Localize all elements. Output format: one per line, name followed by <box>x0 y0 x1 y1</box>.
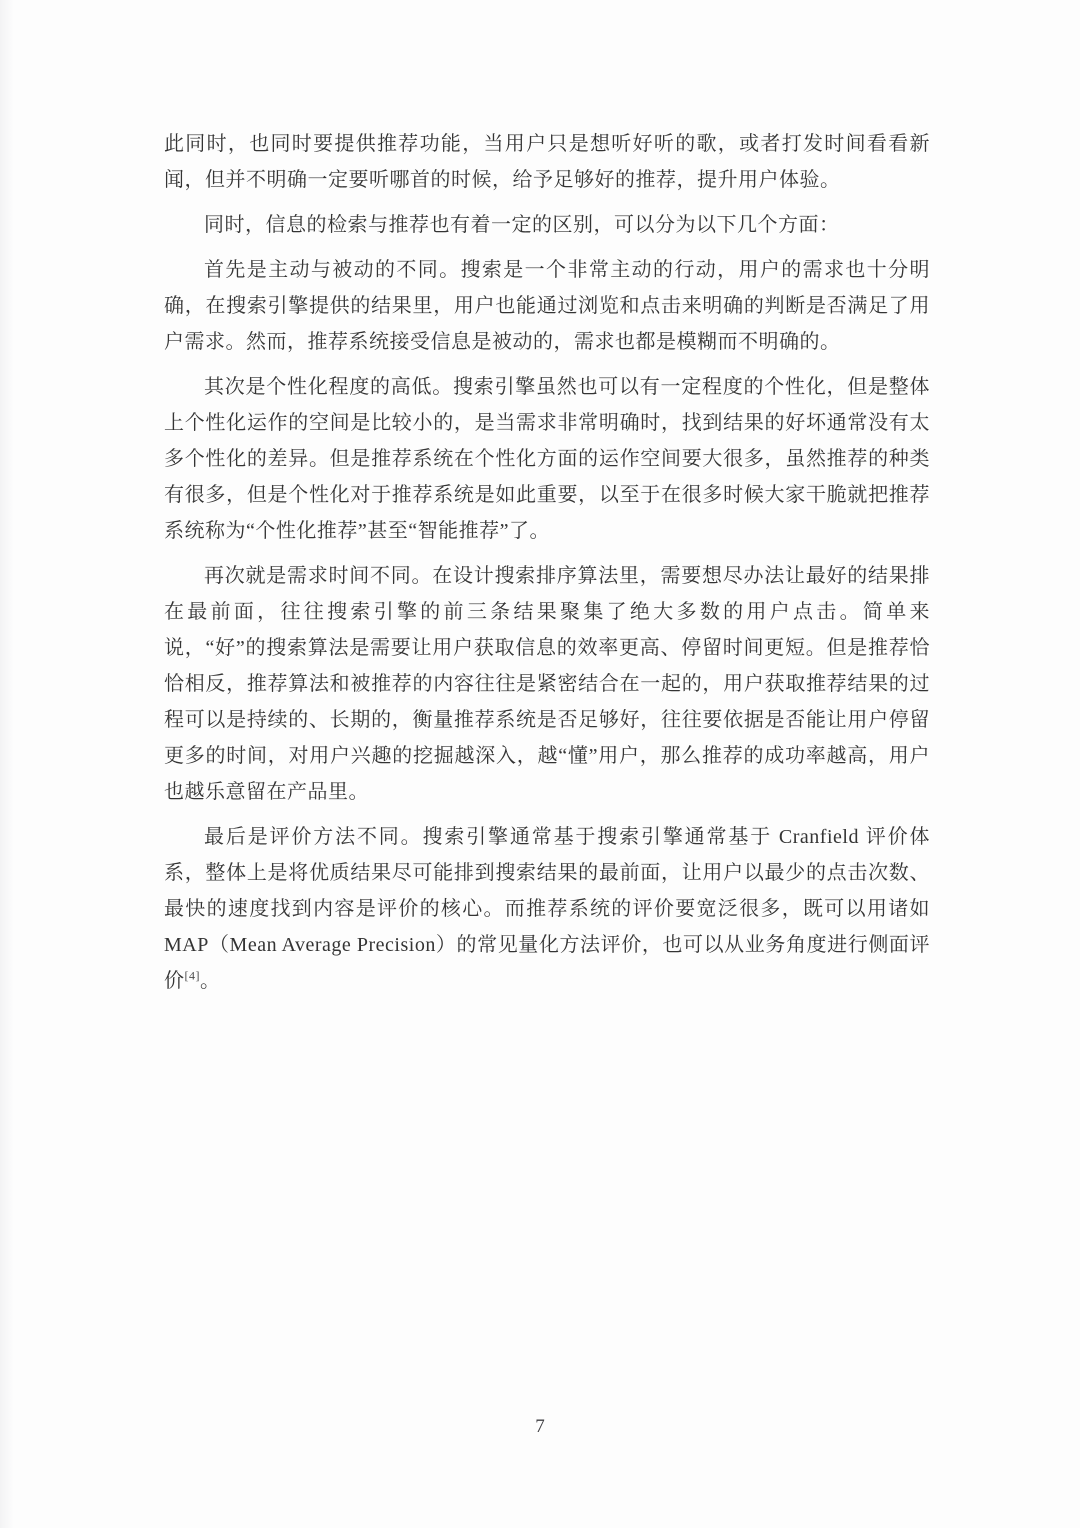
paragraph-demand-time: 再次就是需求时间不同。在设计搜索排序算法里，需要想尽办法让最好的结果排在最前面，… <box>164 558 930 810</box>
citation-superscript: [4] <box>185 968 201 982</box>
paragraph-evaluation-text: 最后是评价方法不同。搜索引擎通常基于搜索引擎通常基于 Cranfield 评价体… <box>164 826 930 992</box>
paragraph-continuation: 此同时，也同时要提供推荐功能，当用户只是想听好听的歌，或者打发时间看看新闻，但并… <box>164 126 930 198</box>
page-number: 7 <box>0 1416 1080 1438</box>
scan-edge-shadow <box>0 0 14 1528</box>
paragraph-evaluation-tail: 。 <box>200 970 221 992</box>
paragraph-active-vs-passive: 首先是主动与被动的不同。搜索是一个非常主动的行动，用户的需求也十分明确，在搜索引… <box>164 252 930 360</box>
document-page-body: 此同时，也同时要提供推荐功能，当用户只是想听好听的歌，或者打发时间看看新闻，但并… <box>164 126 930 999</box>
paragraph-intro-differences: 同时，信息的检索与推荐也有着一定的区别，可以分为以下几个方面： <box>164 207 930 243</box>
paragraph-personalization-degree: 其次是个性化程度的高低。搜索引擎虽然也可以有一定程度的个性化，但是整体上个性化运… <box>164 369 930 549</box>
paragraph-evaluation-method: 最后是评价方法不同。搜索引擎通常基于搜索引擎通常基于 Cranfield 评价体… <box>164 819 930 999</box>
